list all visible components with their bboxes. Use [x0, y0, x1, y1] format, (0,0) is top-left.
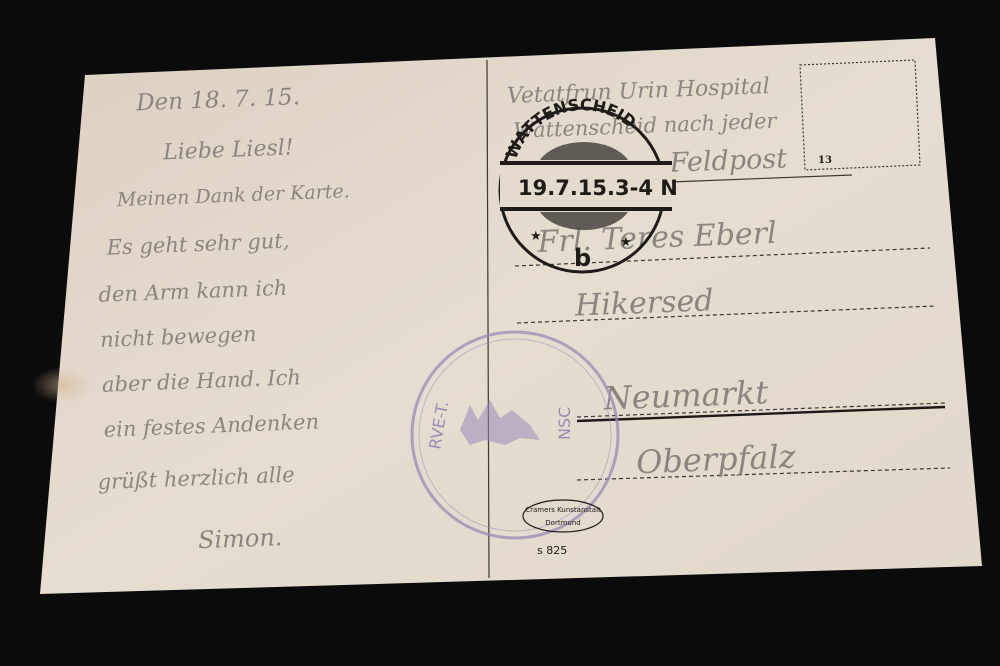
message-greeting: Liebe Liesl! [162, 135, 294, 165]
postcard [40, 38, 982, 594]
postmark-date: 19.7.15.3-4 N [518, 176, 678, 200]
postcard-photo: Den 18. 7. 15. Liebe Liesl! Meinen Dank … [0, 0, 1000, 666]
publisher-city: Dortmund [545, 519, 580, 527]
star-icon: ★ [620, 235, 632, 250]
photo-scene: Den 18. 7. 15. Liebe Liesl! Meinen Dank … [0, 0, 1000, 666]
publisher-name: Cramers Kunstanstalt [525, 506, 601, 514]
age-stain [32, 367, 92, 403]
censor-text-right: NSC [555, 407, 574, 440]
stamp-box-number: 13 [818, 155, 832, 166]
message-signature: Simon. [197, 523, 282, 554]
recipient-line-4: Oberpfalz [635, 437, 797, 481]
feldpost-label: Feldpost [668, 143, 788, 179]
recipient-line-2: Hikersed [573, 283, 714, 323]
series-number: s 825 [537, 544, 567, 557]
recipient-line-3: Neumarkt [602, 373, 769, 417]
star-icon: ★ [530, 229, 542, 244]
postmark-letter: b [574, 244, 591, 272]
